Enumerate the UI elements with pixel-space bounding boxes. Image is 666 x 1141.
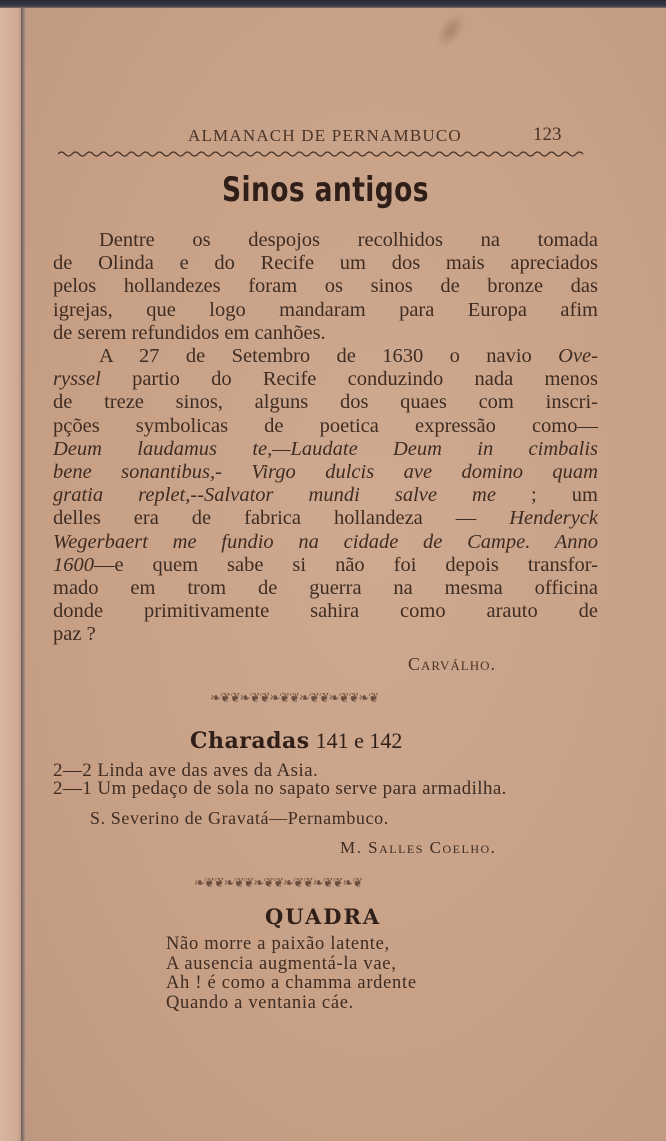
text-line: A 27 de Setembro de 1630 o navio Ove-: [53, 345, 598, 368]
text-line: de treze sinos, alguns dos quaes com ins…: [53, 391, 598, 414]
text-line: de Olinda e do Recife um dos mais apreci…: [53, 252, 598, 275]
paragraph-1: Dentre os despojos recolhidos na tomadad…: [53, 229, 598, 345]
fleuron-ornament: ❧❦❦❧❦❦❧❦❦❧❦❦❧❦❦❧❦: [194, 875, 362, 891]
page-number: 123: [533, 124, 562, 146]
charada-place: S. Severino de Gravatá—Pernambuco.: [90, 808, 389, 829]
verse-line: Quando a ventania cáe.: [166, 994, 417, 1014]
text-line: paz ?: [53, 623, 598, 646]
text-line: Deum laudamus te,—Laudate Deum in cimbal…: [53, 438, 598, 461]
charada-line: 2—1 Um pedaço de sola no sapato serve pa…: [53, 778, 507, 800]
text-line: gratia replet,--Salvator mundi salve me …: [53, 484, 598, 507]
text-line: Wegerbaert me fundio na cidade de Campe.…: [53, 531, 598, 554]
text-line: donde primitivamente sahira como arauto …: [53, 600, 598, 623]
charadas-title: Charadas: [190, 728, 310, 754]
running-head: ALMANACH DE PERNAMBUCO: [188, 126, 462, 146]
charada-author: M. Salles Coelho.: [340, 838, 496, 858]
verse-line: Não morre a paixão latente,: [166, 935, 417, 955]
adjacent-page-edge: [0, 8, 22, 1141]
text-line: pções symbolicas de poetica expressão co…: [53, 415, 598, 438]
text-line: ryssel partio do Recife conduzindo nada …: [53, 368, 598, 391]
text-line: pelos hollandezes foram os sinos de bron…: [53, 275, 598, 298]
article-body: Dentre os despojos recolhidos na tomadad…: [53, 229, 598, 647]
quadra-verse: Não morre a paixão latente, A ausencia a…: [166, 935, 417, 1013]
text-line: Dentre os despojos recolhidos na tomada: [53, 229, 598, 252]
verse-line: A ausencia augmentá-la vae,: [166, 955, 417, 975]
article-title: Sinos antigos: [222, 170, 429, 210]
text-line: 1600—e quem sabe si não foi depois trans…: [53, 554, 598, 577]
paragraph-2: A 27 de Setembro de 1630 o navio Ove-rys…: [53, 345, 598, 647]
text-line: bene sonantibus,- Virgo dulcis ave domin…: [53, 461, 598, 484]
text-line: mado em trom de guerra na mesma officina: [53, 577, 598, 600]
verse-line: Ah ! é como a chamma ardente: [166, 974, 417, 994]
charadas-heading: Charadas141 e 142: [190, 728, 402, 755]
quadra-title: QUADRA: [265, 904, 381, 929]
text-line: igrejas, que logo mandaram para Europa a…: [53, 299, 598, 322]
charadas-numbers: 141 e 142: [316, 728, 403, 753]
text-line: delles era de fabrica hollandeza — Hende…: [53, 507, 598, 530]
article-signature: Carválho.: [408, 654, 496, 675]
text-line: de serem refundidos em canhões.: [53, 322, 598, 345]
wavy-rule-divider: [58, 150, 588, 158]
fleuron-ornament: ❧❦❦❧❦❦❧❦❦❧❦❦❧❦❦❧❦: [210, 690, 378, 706]
